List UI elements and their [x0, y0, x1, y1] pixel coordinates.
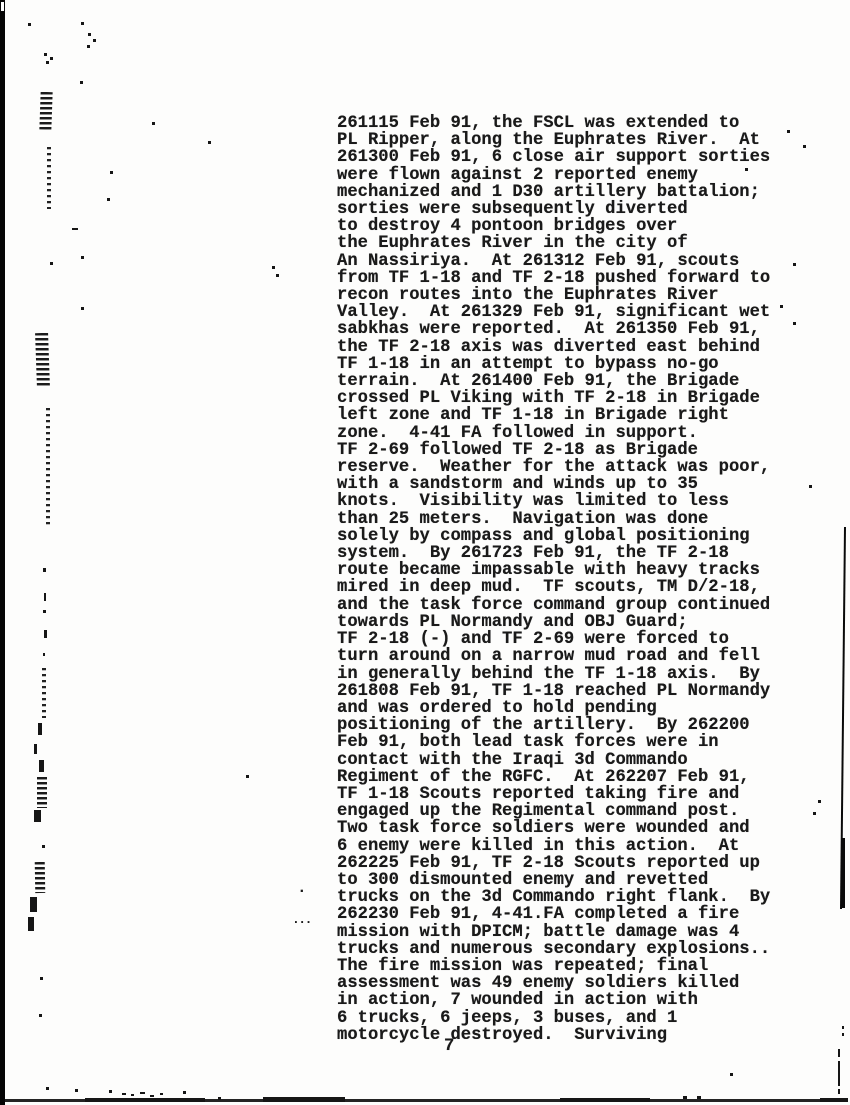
margin-dot-artifact: .	[297, 884, 307, 892]
scan-dot	[809, 485, 812, 488]
scan-smear	[842, 1033, 844, 1036]
scan-dot	[110, 171, 113, 174]
scan-dotted-column	[46, 408, 50, 525]
scan-smear	[44, 630, 47, 638]
scan-dot	[75, 1089, 78, 1092]
scan-dot	[272, 266, 275, 269]
scanned-document-page: 261115 Feb 91, the FSCL was extended to …	[0, 0, 850, 1105]
scan-dot	[793, 263, 796, 266]
right-edge-scan-line-blob	[842, 838, 845, 908]
scan-smear	[28, 917, 34, 931]
scan-dot	[745, 168, 748, 171]
scan-dot	[787, 130, 790, 133]
scan-dot	[793, 322, 796, 325]
scan-dot	[276, 274, 279, 277]
scan-dot	[93, 39, 96, 42]
scan-dot	[730, 1073, 733, 1076]
bottom-line-segment	[820, 1098, 848, 1102]
scan-smear	[43, 568, 46, 572]
scan-dot	[39, 1014, 42, 1017]
bottom-line-segment	[697, 1096, 701, 1099]
scan-smudge-column	[35, 862, 46, 893]
scan-dot	[42, 845, 45, 848]
scan-dot	[780, 305, 783, 308]
bottom-line-segment	[263, 1097, 345, 1102]
scan-smear	[34, 744, 37, 754]
scan-dot	[40, 977, 43, 980]
scan-smear	[43, 610, 46, 613]
bottom-line-segment	[560, 1098, 650, 1102]
bottom-line-segment	[683, 1096, 687, 1099]
bottom-line-segment	[85, 1098, 205, 1102]
scan-dotted-column	[47, 147, 51, 209]
scan-dot	[246, 775, 249, 778]
scan-dot	[87, 45, 90, 48]
scan-smudge-column	[37, 777, 47, 808]
scan-dot	[813, 812, 816, 815]
scan-dot	[208, 141, 211, 144]
document-body-text: 261115 Feb 91, the FSCL was extended to …	[337, 115, 770, 1044]
scan-dot	[80, 81, 83, 84]
scan-dot	[803, 145, 806, 148]
scan-dot	[81, 307, 84, 310]
scan-smear	[842, 1026, 844, 1029]
scan-dot	[183, 1091, 186, 1094]
scan-smear	[838, 1061, 840, 1086]
scan-dot	[107, 198, 110, 201]
scan-dot	[50, 57, 53, 60]
scan-dot	[50, 262, 53, 265]
margin-dots-artifact: ...	[292, 916, 311, 924]
left-edge-scan-bar	[0, 0, 5, 1105]
scan-dot	[131, 1094, 134, 1096]
scan-smear	[30, 897, 37, 912]
scan-dot	[140, 1092, 145, 1094]
scan-dotted-column	[42, 668, 46, 718]
scan-dot	[46, 1087, 49, 1090]
scan-dot	[28, 23, 31, 26]
left-edge-scan-bar-notch	[1, 2, 4, 11]
scan-smear	[838, 1089, 840, 1094]
scan-smudge-column	[35, 333, 50, 387]
scan-dot	[122, 1093, 126, 1095]
scan-dot	[109, 1090, 112, 1093]
scan-dot	[81, 22, 84, 25]
scan-dot	[160, 1093, 163, 1095]
scan-dot	[818, 800, 821, 803]
scan-smear	[34, 810, 41, 822]
scan-dot	[152, 122, 155, 125]
scan-smear	[39, 760, 44, 772]
scan-smudge-column	[39, 92, 52, 130]
scan-smear	[838, 1049, 840, 1057]
scan-smear	[38, 723, 42, 735]
scan-dot	[218, 1097, 221, 1100]
scan-dot	[150, 1095, 154, 1097]
scan-dot	[88, 33, 91, 36]
scan-smear	[43, 653, 45, 656]
page-number: 7	[444, 1038, 454, 1055]
scan-smear	[44, 593, 46, 601]
scan-dot	[81, 256, 84, 259]
scan-smear	[72, 228, 78, 230]
scan-dot	[44, 53, 47, 56]
scan-dot	[46, 61, 49, 64]
